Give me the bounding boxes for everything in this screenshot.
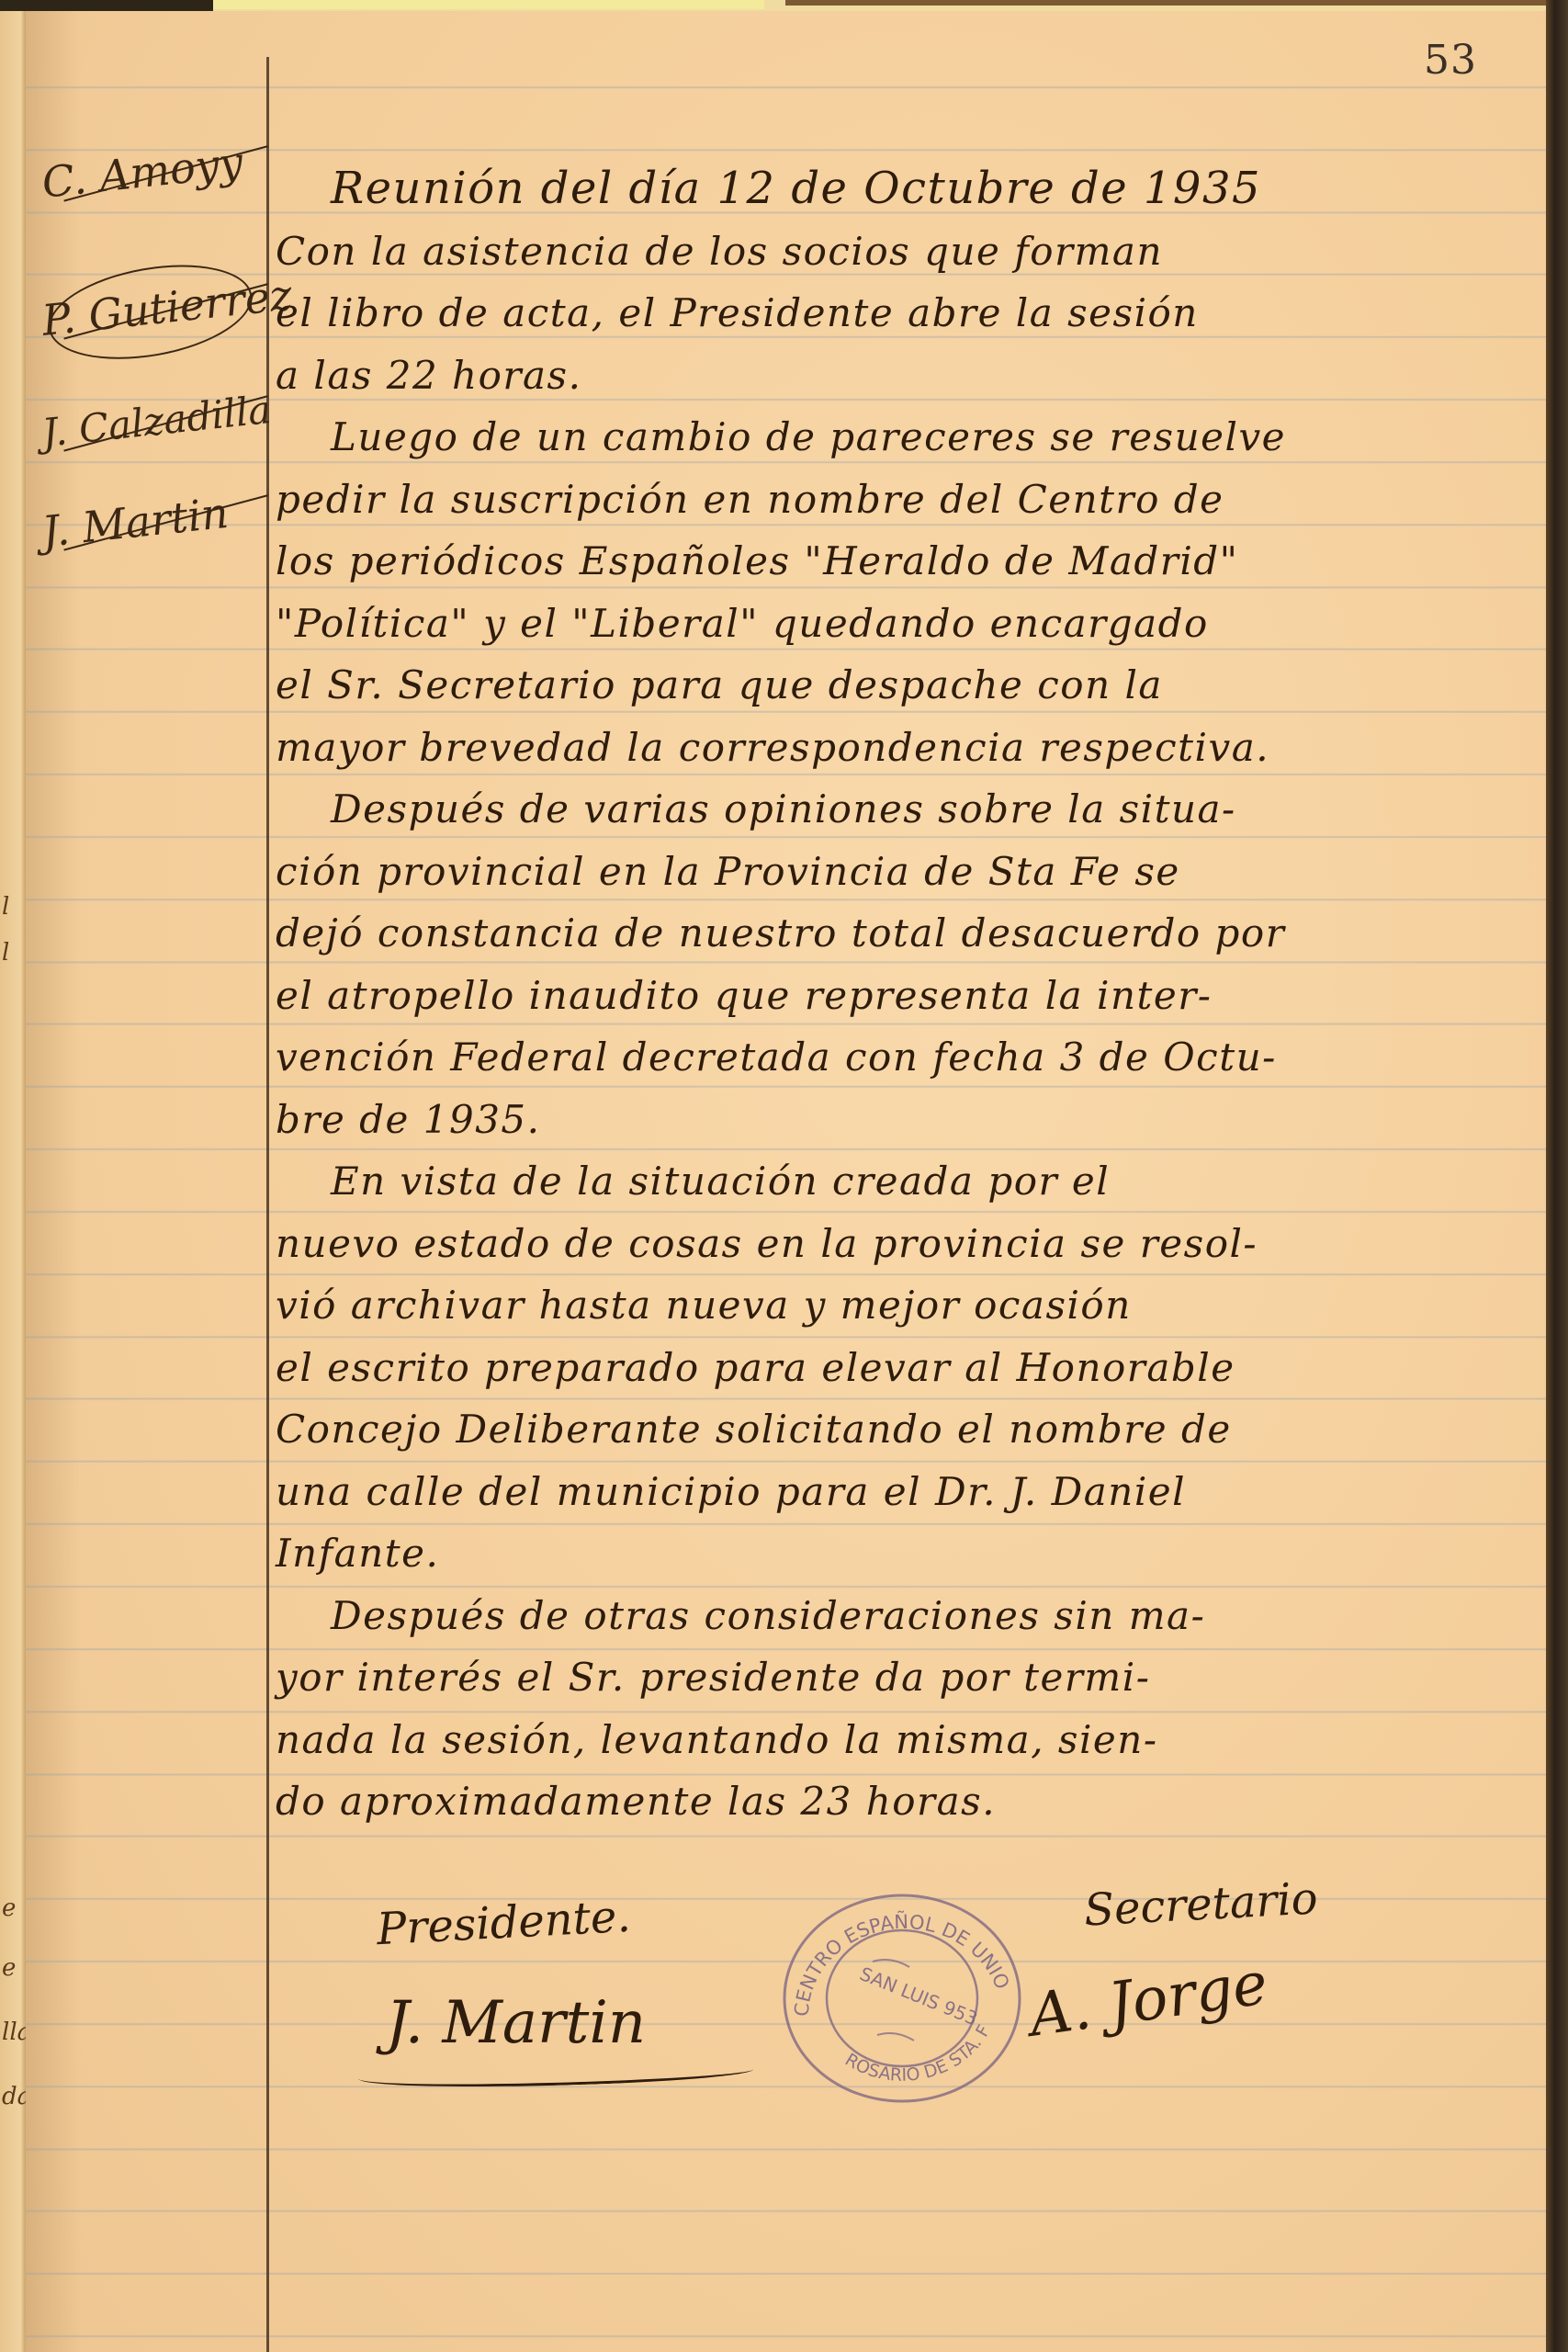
- minutes-heading: Reunión del día 12 de Octubre de 1935: [276, 158, 1497, 220]
- president-label: Presidente.: [376, 1891, 632, 1955]
- book-cover-edge: [785, 0, 1568, 6]
- previous-page-fragment: e: [2, 1894, 16, 1922]
- minutes-line: do aproximadamente las 23 horas.: [276, 1770, 1497, 1833]
- minutes-line: el Sr. Secretario para que despache con …: [276, 654, 1497, 717]
- book-edge-right: [1546, 0, 1568, 2352]
- minutes-line: bre de 1935.: [276, 1089, 1497, 1151]
- secretary-label: Secretario: [1083, 1872, 1319, 1936]
- previous-page-fragment: l: [2, 939, 9, 967]
- stamp-center-text: SAN LUIS 953: [857, 1962, 981, 2030]
- president-signature: J. Martin: [386, 1989, 646, 2057]
- previous-page-fragment: l: [2, 893, 9, 921]
- minutes-line: mayor brevedad la correspondencia respec…: [276, 717, 1497, 779]
- minutes-line: vención Federal decretada con fecha 3 de…: [276, 1026, 1497, 1089]
- minutes-line: el atropello inaudito que representa la …: [276, 965, 1497, 1027]
- page-number: 53: [1424, 37, 1477, 84]
- minutes-line: ción provincial en la Provincia de Sta F…: [276, 841, 1497, 903]
- minutes-line: yor interés el Sr. presidente da por ter…: [276, 1646, 1497, 1709]
- secretary-signature: A. Jorge: [1025, 1950, 1271, 2051]
- adjacent-page-edge: [213, 0, 764, 9]
- minutes-line: pedir la suscripción en nombre del Centr…: [276, 469, 1497, 531]
- previous-page-edge: l l e e lla da: [0, 11, 27, 2352]
- minutes-line: una calle del municipio para el Dr. J. D…: [276, 1461, 1497, 1523]
- minutes-line: En vista de la situación creada por el: [276, 1150, 1497, 1213]
- minutes-line: el libro de acta, el Presidente abre la …: [276, 282, 1497, 345]
- minutes-line: nuevo estado de cosas en la provincia se…: [276, 1213, 1497, 1275]
- minutes-body: Reunión del día 12 de Octubre de 1935 Co…: [276, 158, 1497, 1833]
- minutes-line: Después de varias opiniones sobre la sit…: [276, 778, 1497, 841]
- minutes-line: dejó constancia de nuestro total desacue…: [276, 902, 1497, 965]
- stamp-seal-icon: CENTRO ESPAÑOL DE UNION REPUBLICANA ROSA…: [776, 1888, 1024, 2109]
- previous-page-fragment: e: [2, 1954, 16, 1982]
- minutes-line: Con la asistencia de los socios que form…: [276, 220, 1497, 283]
- minutes-line: Concejo Deliberante solicitando el nombr…: [276, 1398, 1497, 1461]
- minutes-line: los periódicos Españoles "Heraldo de Mad…: [276, 530, 1497, 593]
- minutes-line: Infante.: [276, 1522, 1497, 1585]
- signature-flourish: [358, 2056, 754, 2093]
- minutes-line: Después de otras consideraciones sin ma-: [276, 1585, 1497, 1647]
- minutes-line: "Política" y el "Liberal" quedando encar…: [276, 593, 1497, 655]
- minutes-line: a las 22 horas.: [276, 345, 1497, 407]
- minutes-line: nada la sesión, levantando la misma, sie…: [276, 1709, 1497, 1771]
- society-stamp: CENTRO ESPAÑOL DE UNION REPUBLICANA ROSA…: [776, 1888, 1024, 2109]
- minutes-line: vió archivar hasta nueva y mejor ocasión: [276, 1274, 1497, 1337]
- minutes-line: el escrito preparado para elevar al Hono…: [276, 1337, 1497, 1399]
- minutes-line: Luego de un cambio de pareceres se resue…: [276, 406, 1497, 469]
